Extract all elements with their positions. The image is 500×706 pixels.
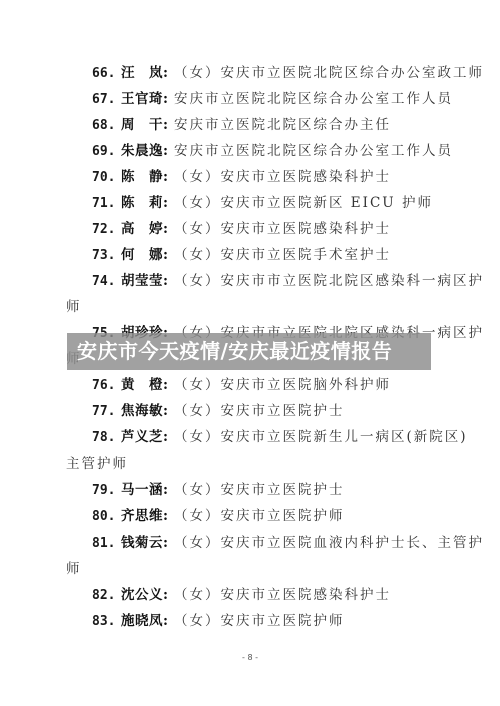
entry-description: （女）安庆市立医院脑外科护师 [174, 377, 391, 393]
entry-name: 朱晨逸: [121, 138, 168, 164]
entry-name: 高 婷: [121, 216, 168, 242]
entry-description-continued: 师 [66, 299, 82, 315]
banner-title: 安庆市今天疫情/安庆最近疫情报告 [77, 333, 392, 370]
list-item: 78. 芦义芝: （女）安庆市立医院新生儿一病区(新院区) [92, 424, 468, 450]
entry-number: 80. [92, 509, 115, 524]
list-item: 79. 马一涵: （女）安庆市立医院护士 [92, 477, 344, 503]
entry-description: 安庆市立医院北院区综合办公室工作人员 [174, 143, 453, 159]
entry-name: 周 干: [121, 112, 168, 138]
entry-description: （女）安庆市立医院手术室护士 [174, 247, 391, 263]
entry-number: 77. [92, 404, 115, 419]
entry-number: 81. [92, 536, 115, 551]
entry-number: 78. [92, 430, 115, 445]
list-item-continuation: 师 [66, 294, 82, 320]
list-item: 81. 钱菊云: （女）安庆市立医院血液内科护士长、主管护 [92, 530, 484, 556]
entry-name: 焦海敏: [121, 398, 168, 424]
entry-number: 83. [92, 614, 115, 629]
list-item: 67. 王官琦: 安庆市立医院北院区综合办公室工作人员 [92, 86, 453, 112]
list-item-continuation: 师 [66, 556, 82, 582]
entry-description: （女）安庆市立医院护师 [174, 508, 345, 524]
list-item: 80. 齐思维: （女）安庆市立医院护师 [92, 503, 344, 529]
entry-number: 79. [92, 483, 115, 498]
entry-name: 施晓凤: [121, 608, 168, 634]
entry-number: 68. [92, 118, 115, 133]
entry-description: （女）安庆市立医院感染科护士 [174, 169, 391, 185]
entry-description: （女）安庆市市立医院北院区感染科一病区护 [174, 273, 484, 289]
list-item: 70. 陈 静: （女）安庆市立医院感染科护士 [92, 164, 391, 190]
entry-number: 73. [92, 248, 115, 263]
entry-number: 72. [92, 222, 115, 237]
list-item: 68. 周 干: 安庆市立医院北院区综合办主任 [92, 112, 391, 138]
entry-name: 陈 静: [121, 164, 168, 190]
list-item: 77. 焦海敏: （女）安庆市立医院护士 [92, 398, 344, 424]
entry-number: 71. [92, 196, 115, 211]
entry-description: （女）安庆市立医院新生儿一病区(新院区) [174, 429, 468, 445]
entry-name: 黄 橙: [121, 372, 168, 398]
entry-description-continued: 主管护师 [66, 456, 128, 472]
entry-description: （女）安庆市立医院感染科护士 [174, 587, 391, 603]
entry-description: 安庆市立医院北院区综合办公室工作人员 [174, 91, 453, 107]
entry-description: （女）安庆市立医院新区 EICU 护师 [174, 195, 433, 211]
list-item: 82. 沈公义: （女）安庆市立医院感染科护士 [92, 582, 391, 608]
entry-description: （女）安庆市立医院护士 [174, 482, 345, 498]
page-number: - 8 - [0, 653, 500, 662]
entry-name: 芦义芝: [121, 424, 168, 450]
entry-number: 76. [92, 378, 115, 393]
list-item: 74. 胡莹莹: （女）安庆市市立医院北院区感染科一病区护 [92, 268, 484, 294]
entry-name: 齐思维: [121, 503, 168, 529]
title-banner-overlay: 安庆市今天疫情/安庆最近疫情报告 [67, 333, 431, 370]
list-item: 69. 朱晨逸: 安庆市立医院北院区综合办公室工作人员 [92, 138, 453, 164]
entry-name: 王官琦: [121, 86, 168, 112]
entry-name: 胡莹莹: [121, 268, 168, 294]
list-item: 72. 高 婷: （女）安庆市立医院感染科护士 [92, 216, 391, 242]
list-item-continuation: 主管护师 [66, 451, 128, 477]
list-item: 76. 黄 橙: （女）安庆市立医院脑外科护师 [92, 372, 391, 398]
entry-name: 钱菊云: [121, 530, 168, 556]
entry-number: 70. [92, 170, 115, 185]
list-item: 83. 施晓凤: （女）安庆市立医院护师 [92, 608, 344, 634]
list-item: 73. 何 娜: （女）安庆市立医院手术室护士 [92, 242, 391, 268]
entry-number: 69. [92, 144, 115, 159]
entry-description: （女）安庆市立医院感染科护士 [174, 221, 391, 237]
entry-name: 马一涵: [121, 477, 168, 503]
entry-name: 何 娜: [121, 242, 168, 268]
entry-description: 安庆市立医院北院区综合办主任 [174, 117, 391, 133]
entry-number: 66. [92, 66, 115, 81]
entry-name: 沈公义: [121, 582, 168, 608]
entry-description: （女）安庆市立医院护师 [174, 613, 345, 629]
entry-number: 74. [92, 274, 115, 289]
entry-number: 67. [92, 92, 115, 107]
entry-number: 82. [92, 588, 115, 603]
entry-name: 汪 岚: [121, 60, 168, 86]
entry-description: （女）安庆市立医院血液内科护士长、主管护 [174, 535, 484, 551]
document-page: 66. 汪 岚: （女）安庆市立医院北院区综合办公室政工师 67. 王官琦: 安… [0, 0, 500, 706]
entry-name: 陈 莉: [121, 190, 168, 216]
list-item: 71. 陈 莉: （女）安庆市立医院新区 EICU 护师 [92, 190, 433, 216]
entry-description: （女）安庆市立医院护士 [174, 403, 345, 419]
entry-description-continued: 师 [66, 561, 82, 577]
entry-description: （女）安庆市立医院北院区综合办公室政工师 [174, 65, 484, 81]
list-item: 66. 汪 岚: （女）安庆市立医院北院区综合办公室政工师 [92, 60, 484, 86]
